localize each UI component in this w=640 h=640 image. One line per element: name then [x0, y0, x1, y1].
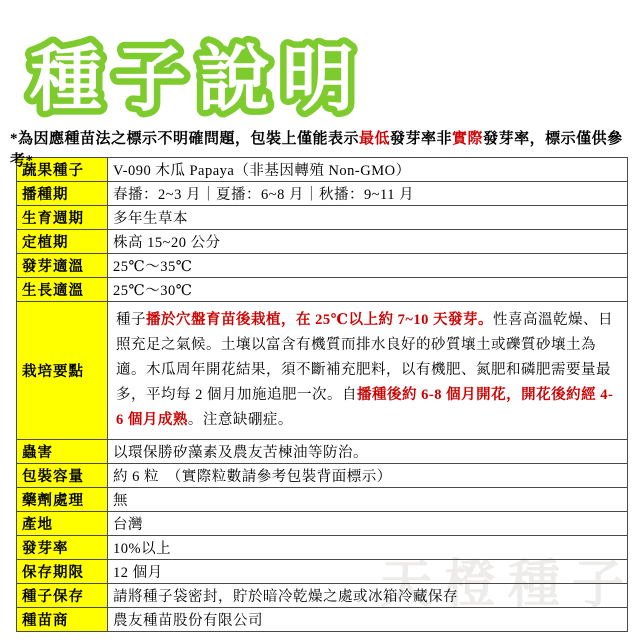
- row-label: 生長適溫: [17, 278, 108, 302]
- page-title-text: 種子說明: [29, 40, 366, 120]
- notice-emphasis-actual: 實際: [452, 131, 483, 147]
- row-value: 台灣: [108, 512, 628, 536]
- page-title: 種子說明: [22, 28, 372, 124]
- row-value: 株高 15~20 公分: [108, 230, 628, 254]
- row-label: 種苗商: [17, 608, 108, 632]
- row-label: 栽培要點: [17, 302, 108, 440]
- table-row: 包裝容量約 6 粒 （實際粒數請參考包裝背面標示）: [17, 464, 628, 488]
- table-row: 發芽適溫25℃～35℃: [17, 254, 628, 278]
- row-label: 發芽率: [17, 536, 108, 560]
- row-label: 種子保存: [17, 584, 108, 608]
- row-value: 請將種子袋密封，貯於暗冷乾燥之處或冰箱冷藏保存: [108, 584, 628, 608]
- row-value: 10%以上: [108, 536, 628, 560]
- value-text: 。注意缺硼症。: [188, 412, 293, 428]
- table-row: 播種期春播：2~3 月｜夏播：6~8 月｜秋播：9~11 月: [17, 182, 628, 206]
- table-row: 產地台灣: [17, 512, 628, 536]
- row-value: 以環保勝矽藻素及農友苦楝油等防治。: [108, 440, 628, 464]
- row-label: 產地: [17, 512, 108, 536]
- table-row: 栽培要點種子播於穴盤育苗後栽植，在 25℃以上約 7~10 天發芽。性喜高溫乾燥…: [17, 302, 628, 440]
- row-label: 發芽適溫: [17, 254, 108, 278]
- row-label: 定植期: [17, 230, 108, 254]
- table-row: 定植期株高 15~20 公分: [17, 230, 628, 254]
- row-value: 春播：2~3 月｜夏播：6~8 月｜秋播：9~11 月: [108, 182, 628, 206]
- row-label: 包裝容量: [17, 464, 108, 488]
- seed-info-sheet: 天橙種子 種子說明 *為因應種苗法之標示不明確問題，包裝上僅能表示最低發芽率非實…: [0, 0, 640, 640]
- row-value: 25℃～30℃: [108, 278, 628, 302]
- row-value: 農友種苗股份有限公司: [108, 608, 628, 632]
- row-value: 約 6 粒 （實際粒數請參考包裝背面標示）: [108, 464, 628, 488]
- row-value: 多年生草本: [108, 206, 628, 230]
- row-value: 種子播於穴盤育苗後栽植，在 25℃以上約 7~10 天發芽。性喜高溫乾燥、日照充…: [108, 302, 628, 440]
- notice-text: 發芽率非: [390, 131, 452, 147]
- value-text: 種子: [116, 312, 146, 328]
- table-row: 保存期限12 個月: [17, 560, 628, 584]
- notice-emphasis-minimum: 最低: [359, 131, 390, 147]
- table-row: 種子保存請將種子袋密封，貯於暗冷乾燥之處或冰箱冷藏保存: [17, 584, 628, 608]
- table-row: 生育週期多年生草本: [17, 206, 628, 230]
- value-emphasis: 播於穴盤育苗後栽植，在 25℃以上約 7~10 天發芽。: [146, 312, 493, 328]
- row-value: 無: [108, 488, 628, 512]
- table-row: 生長適溫25℃～30℃: [17, 278, 628, 302]
- table-row: 種苗商農友種苗股份有限公司: [17, 608, 628, 632]
- row-label: 藥劑處理: [17, 488, 108, 512]
- seed-info-table: 蔬果種子V-090 木瓜 Papaya（非基因轉殖 Non-GMO）播種期春播：…: [16, 157, 628, 632]
- table-row: 藥劑處理無: [17, 488, 628, 512]
- table-row: 發芽率10%以上: [17, 536, 628, 560]
- row-label: 播種期: [17, 182, 108, 206]
- row-label: 蟲害: [17, 440, 108, 464]
- notice-text: *為因應種苗法之標示不明確問題，包裝上僅能表示: [10, 131, 359, 147]
- row-value: 12 個月: [108, 560, 628, 584]
- row-label: 保存期限: [17, 560, 108, 584]
- row-value: 25℃～35℃: [108, 254, 628, 278]
- table-row: 蟲害以環保勝矽藻素及農友苦楝油等防治。: [17, 440, 628, 464]
- row-label: 生育週期: [17, 206, 108, 230]
- disclaimer-notice: *為因應種苗法之標示不明確問題，包裝上僅能表示最低發芽率非實際發芽率，標示僅供參…: [10, 128, 634, 172]
